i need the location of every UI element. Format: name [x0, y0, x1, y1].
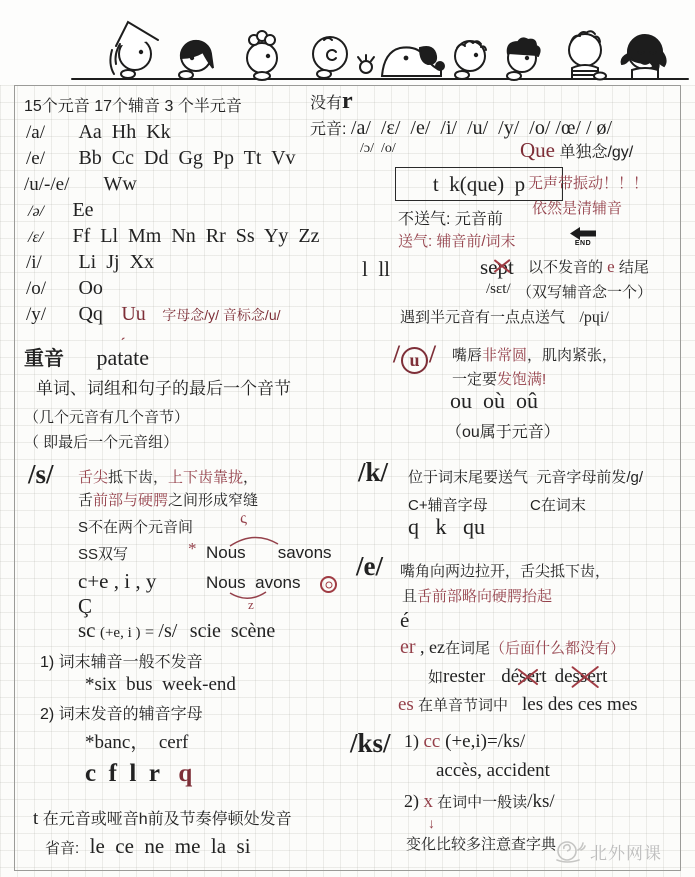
plosive-letters: t k(que) p — [433, 172, 525, 197]
row-ipa: /i/ — [26, 252, 74, 274]
x-letter: x — [424, 791, 434, 812]
vowel-inventory: 元音: /a/ /ɛ/ /e/ /i/ /u/ /y/ /o/ /œ/ / ø/ — [310, 116, 612, 140]
ks-rule-2-ipa: /ks/ — [527, 791, 554, 812]
notes-page: 15个元音 17个辅音 3 个半元音 没有r 元音: /a/ /ɛ/ /e/ /… — [0, 0, 695, 877]
sc-ipa: /s/ — [158, 620, 177, 642]
u-a1-red: 非常圆 — [482, 347, 527, 364]
elision-label: 省音: — [45, 840, 79, 857]
k-rule-1: 位于词末尾要送气 元音字母前发/g/ — [408, 466, 643, 487]
row-ipa: /ə/ — [28, 203, 68, 221]
k-rule-2a: C+辅音字母 — [408, 497, 488, 514]
sept-t: t — [508, 255, 514, 279]
dessert-word: dessert — [555, 666, 608, 687]
down-arrow-mark: ↓ — [428, 815, 435, 831]
alphabet-row: /a/ Aa Hh Kk — [26, 121, 171, 144]
er-letters: er — [400, 636, 416, 658]
row-letters: Ww — [103, 173, 136, 195]
correct-mark-icon — [320, 576, 337, 593]
cc-letters: cc — [424, 731, 441, 752]
mute-e-post: 结尾 — [615, 259, 649, 276]
nous-word: Nous — [206, 543, 246, 562]
woodstock-icon — [358, 55, 374, 73]
row-letters: Qq — [78, 303, 102, 325]
row-letters: Oo — [78, 277, 102, 299]
s-a1-red2: 上下齿靠拢 — [168, 469, 243, 486]
annotation-star: * — [188, 539, 197, 559]
ks-rule-1-number: 1) — [404, 731, 424, 751]
final-letters-black: c f l r — [85, 760, 160, 787]
end-arrow-icon: END — [570, 227, 596, 247]
snoopy — [382, 47, 444, 76]
alphabet-row: /ɛ/ Ff Ll Mm Nn Rr Ss Yy Zz — [28, 225, 320, 248]
linus — [455, 41, 486, 79]
stress-rule-line3: （ 即最后一个元音组） — [24, 431, 178, 452]
u-slash-right: / — [429, 341, 436, 368]
sept-p: p — [498, 255, 509, 279]
u-pronunciation-note: 字母念/y/ 音标念/u/ — [162, 307, 280, 323]
example-prefix: 如 — [428, 669, 443, 686]
alphabet-row: /u/-/e/ Ww — [24, 173, 137, 196]
l-ll-letters: l ll — [362, 257, 390, 282]
que-note: Que 单独念/gy/ — [520, 138, 633, 163]
es-example-words: les des ces mes — [522, 694, 638, 715]
u-letters-red: Uu — [121, 303, 145, 325]
watermark-text: 北外网课 — [590, 839, 662, 864]
s-a1-black1: 抵下齿， — [108, 469, 168, 486]
c-cedilla: Ç — [78, 594, 92, 619]
rester-word: rester — [443, 666, 485, 687]
ks-rule-1: 1) cc (+e,i)=/ks/ — [404, 731, 525, 753]
row-letters: Aa Hh Kk — [78, 121, 170, 143]
row-letters: Ee — [72, 199, 93, 221]
no-r-letter: r — [342, 88, 353, 114]
row-ipa: /e/ — [26, 148, 74, 170]
sept-p-crossed: p — [498, 255, 509, 279]
final-consonant-ex-1: *six bus week-end — [85, 674, 236, 696]
girl-black-bob — [179, 41, 213, 79]
s-a2-black2: 之间形成窄缝 — [168, 492, 258, 509]
row-ipa: /u/-/e/ — [24, 174, 99, 196]
watermark: 北外网课 — [552, 838, 662, 864]
s-rule-1: S不在两个元音间 — [78, 516, 193, 537]
unaspirated-rule: 不送气: 元音前 — [398, 206, 503, 229]
e-a2-black: 且 — [402, 588, 417, 605]
sc-rule: sc (+e, i ) = /s/ scie scène — [78, 618, 275, 643]
savons-word: savons — [278, 543, 332, 562]
stress-example: patate ´ — [96, 345, 149, 370]
k-sound-heading: /k/ — [358, 457, 388, 488]
semivowel-note-text: 遇到半元音有一点点送气 — [400, 309, 565, 326]
ks-example-1: accès, accident — [436, 760, 550, 782]
u-articulation-line1: 嘴唇非常圆，肌肉紧张， — [452, 344, 617, 365]
franklin — [507, 38, 540, 80]
double-consonant-note: （双写辅音念一个） — [517, 281, 652, 302]
s-articulation-line2: 舌前部与硬腭之间形成窄缝 — [78, 489, 258, 510]
vowel-sub-list: /ɔ/ /o/ — [360, 141, 396, 157]
es-rule-zh: 在单音节词中 — [414, 697, 508, 714]
u-sound-heading: /u/ — [393, 341, 436, 374]
peppermint-patty — [110, 22, 158, 78]
row-ipa: /ɛ/ — [28, 229, 68, 247]
semivowel-aspiration-note: 遇到半元音有一点点送气 /pɥi/ — [400, 306, 609, 327]
snail-logo-icon — [552, 838, 586, 864]
desert-word: désert — [501, 666, 546, 687]
vowel-label: 元音: — [310, 121, 346, 138]
s-rule-3: c+e , i , y — [78, 569, 156, 594]
final-consonant-rule-2: 2) 词末发音的辅音字母 — [40, 701, 203, 724]
no-voicing-note: 无声带振动！！！ — [528, 172, 648, 193]
k-rule-2b: C在词末 — [530, 497, 586, 514]
final-letter-q-red: q — [178, 760, 192, 787]
dictionary-note: 变化比较多注意查字典 — [406, 833, 556, 854]
s-a2-black1: 舌 — [78, 492, 93, 509]
sept-se: se — [480, 255, 498, 279]
pronounced-final-letters: c f l r q — [85, 760, 192, 788]
row-ipa: /o/ — [26, 278, 74, 300]
alphabet-row: /i/ Li Jj Xx — [26, 251, 154, 274]
k-rule-2: C+辅音字母 C在词末 — [408, 494, 586, 515]
mute-e-pre: 以不发音的 — [528, 259, 607, 276]
er-rule-note: （后面什么都没有） — [490, 640, 625, 657]
alphabet-row: /ə/ Ee — [28, 199, 94, 222]
no-r-prefix: 没有 — [310, 95, 342, 112]
er-examples: 如resterdésertdessert — [428, 666, 607, 688]
no-r-note: 没有r — [310, 88, 353, 115]
alphabet-row: /e/ Bb Cc Dd Gg Pp Tt Vv — [26, 147, 296, 170]
sept-ipa: /sɛt/ — [486, 281, 511, 298]
ez-letters: , ez — [416, 637, 445, 657]
row-ipa: /y/ — [26, 304, 74, 326]
ks-sound-heading: /ks/ — [350, 728, 391, 759]
sc-letters: sc — [78, 618, 96, 642]
end-label: END — [575, 240, 591, 247]
schroeder — [569, 31, 606, 79]
desert-word-crossed: désert — [501, 666, 546, 687]
alphabet-row: /o/ Oo — [26, 277, 103, 300]
k-spellings: q k qu — [408, 514, 485, 540]
er-rule-zh: 在词尾 — [445, 640, 490, 657]
er-ez-rule: er , ez在词尾（后面什么都没有） — [400, 636, 625, 659]
aspirated-rule: 送气: 辅音前/词末 — [398, 230, 516, 251]
elision-rule: 省音: le ce ne me la si — [45, 834, 251, 859]
sc-examples: scie scène — [190, 620, 276, 642]
u-a2-red: 发饱满! — [497, 371, 546, 388]
semivowel-ipa: /pɥi/ — [579, 309, 608, 326]
liaison-z-label: z — [248, 597, 254, 613]
e-articulation-line2: 且舌前部略向硬腭抬起 — [402, 585, 552, 606]
s-sound-heading: /s/ — [28, 459, 54, 490]
e-a2-red: 舌前部略向硬腭抬起 — [417, 588, 552, 605]
stress-rule-line2: （几个元音有几个音节） — [24, 406, 189, 427]
s-a1-red1: 舌尖 — [78, 469, 108, 486]
sc-condition: (+e, i ) — [100, 625, 141, 641]
elision-words: le ce ne me la si — [90, 834, 251, 858]
u-letter: u — [409, 350, 419, 371]
stress-section-title: 重音 patate ´ — [24, 342, 149, 371]
sept-example: sept — [480, 255, 514, 280]
es-rule: es 在单音节词中les des ces mes — [398, 694, 638, 716]
u-slash-left: / — [393, 341, 400, 368]
voiceless-note: 依然是清辅音 — [532, 197, 622, 218]
que-note-text: 单独念/gy/ — [559, 144, 633, 161]
t-rule-text: 在元音或哑音h前及节奏停顿处发音 — [38, 811, 291, 828]
row-letters: Bb Cc Dd Gg Pp Tt Vv — [78, 147, 295, 169]
u-articulation-line2: 一定要发饱满! — [452, 368, 546, 389]
final-consonant-rule-1: 1) 词末辅音一般不发音 — [40, 649, 203, 672]
que-word: Que — [520, 138, 555, 162]
mute-e-letter: e — [607, 257, 615, 276]
mute-e-ending-note: 以不发音的 e 结尾 — [528, 256, 649, 277]
u-vowel-note: （ou属于元音） — [446, 419, 560, 442]
e-sound-heading: /e/ — [356, 551, 383, 582]
circled-u: u — [401, 347, 428, 374]
u-a1-black: 嘴唇 — [452, 347, 482, 364]
stress-title-text: 重音 — [24, 348, 64, 370]
stress-rule-line1: 单词、词组和句子的最后一个音节 — [36, 374, 291, 399]
row-letters: Ff Ll Mm Nn Rr Ss Yy Zz — [72, 225, 319, 247]
charlie-brown — [313, 37, 347, 78]
row-letters: Li Jj Xx — [78, 251, 154, 273]
s-a2-red: 前部与硬腭 — [93, 492, 168, 509]
ks-rule-2: 2) x 在词中一般读/ks/ — [404, 791, 555, 813]
e-articulation-line1: 嘴角向两边拉开，舌尖抵下齿， — [400, 560, 610, 581]
row-ipa: /a/ — [26, 122, 74, 144]
counts-title: 15个元音 17个辅音 3 个半元音 — [24, 93, 242, 116]
u-a1-black2: ，肌肉紧张， — [527, 347, 617, 364]
ks-rule-2-zh: 在词中一般读 — [433, 794, 527, 811]
u-spellings: ou où oû — [450, 388, 538, 414]
final-consonant-ex-2: *banc， cerf — [85, 727, 188, 754]
es-letters: es — [398, 694, 414, 715]
lucy — [622, 35, 666, 79]
s-rule-2: SS双写 — [78, 543, 128, 564]
stress-accent-mark: ´ — [120, 336, 125, 353]
peanuts-characters-drawing — [0, 0, 695, 85]
ks-rule-1-rest: (+e,i)=/ks/ — [440, 731, 525, 752]
alphabet-row: /y/ Qq Uu 字母念/y/ 音标念/u/ — [26, 303, 281, 326]
e-acute-letter: é — [400, 608, 409, 633]
s-articulation-line1: 舌尖抵下齿，上下齿靠拢， — [78, 466, 258, 487]
nous-savons-example: Noussavons — [206, 543, 332, 563]
vowel-list: /a/ /ɛ/ /e/ /i/ /u/ /y/ /o/ /œ/ / ø/ — [351, 117, 612, 139]
s-a1-black2: ， — [243, 469, 258, 486]
ks-rule-2-number: 2) — [404, 791, 424, 811]
sally — [247, 31, 277, 80]
equals-sign: = — [145, 624, 154, 641]
t-pronunciation-rule: t 在元音或哑音h前及节奏停顿处发音 — [33, 806, 292, 830]
dessert-word-crossed: dessert — [555, 666, 608, 687]
u-a2-black: 一定要 — [452, 371, 497, 388]
peanuts-header-illustration — [0, 0, 695, 85]
